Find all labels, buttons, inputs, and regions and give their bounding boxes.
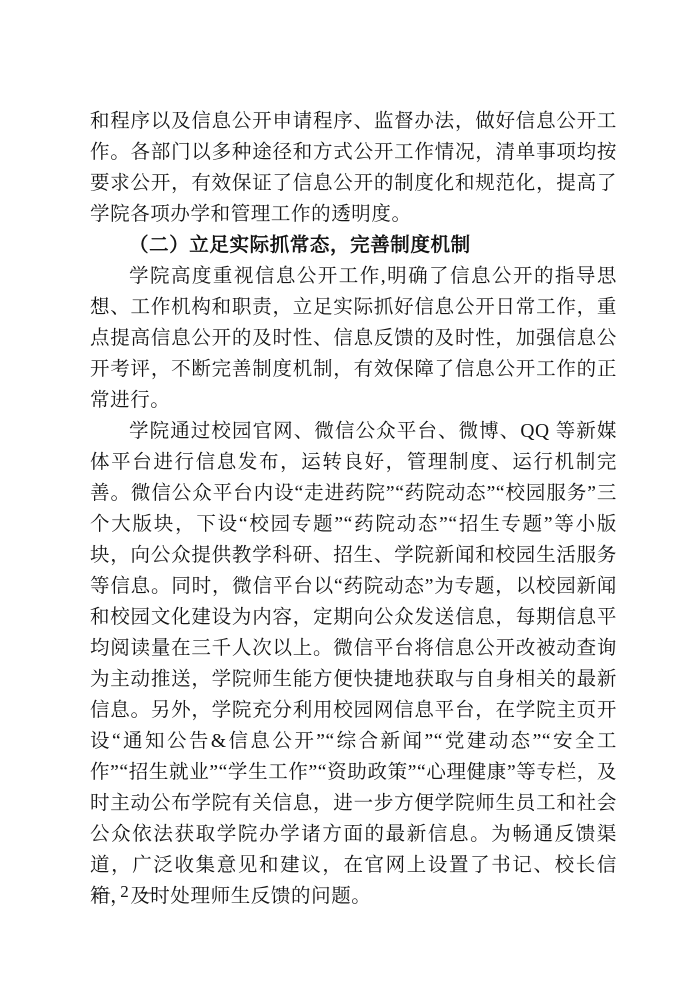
- paragraph: 学院通过校园官网、微信公众平台、微博、QQ 等新媒体平台进行信息发布，运转良好，…: [90, 416, 617, 912]
- page-background: 和程序以及信息公开申请程序、监督办法，做好信息公开工作。各部门以多种途径和方式公…: [0, 0, 700, 989]
- section-heading: （二）立足实际抓常态，完善制度机制: [90, 230, 617, 261]
- page-number: — 2 —: [93, 882, 159, 902]
- page-body: 和程序以及信息公开申请程序、监督办法，做好信息公开工作。各部门以多种途径和方式公…: [90, 106, 617, 912]
- document-page: { "document": { "paragraphs": [ { "type"…: [0, 0, 700, 989]
- paragraph: 学院高度重视信息公开工作,明确了信息公开的指导思想、工作机构和职责，立足实际抓好…: [90, 261, 617, 416]
- paragraph-continuation: 和程序以及信息公开申请程序、监督办法，做好信息公开工作。各部门以多种途径和方式公…: [90, 106, 617, 230]
